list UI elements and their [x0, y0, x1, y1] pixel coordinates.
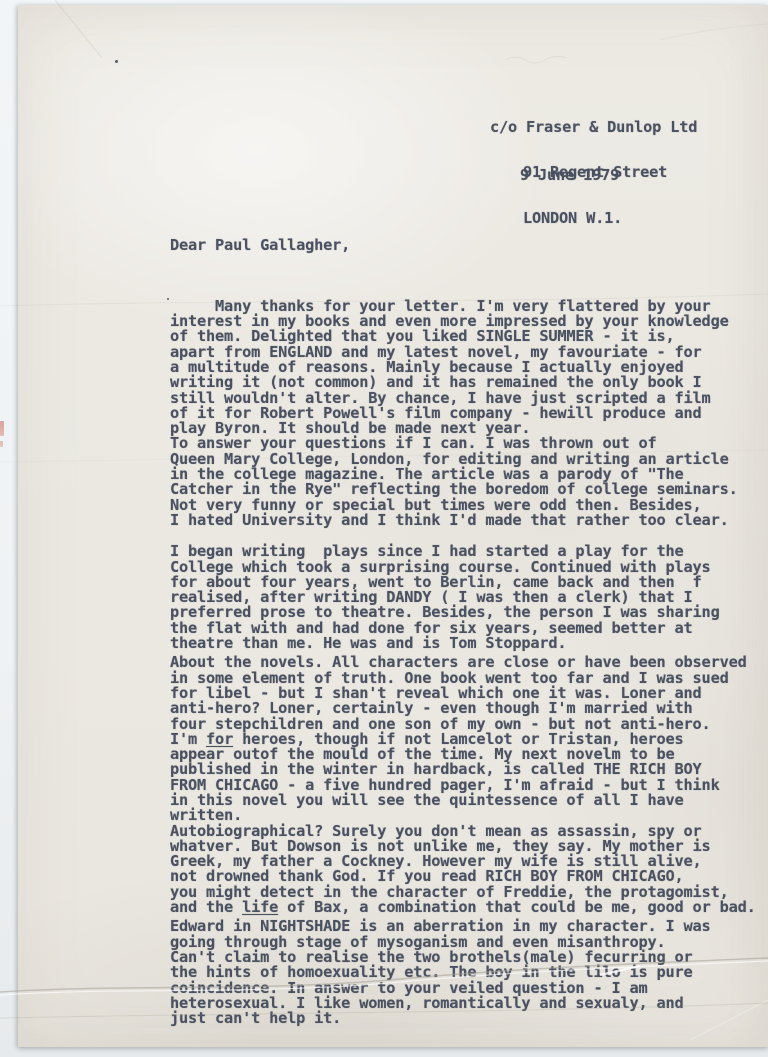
letter-body: Dear Paul Gallagher, Many thanks for you… [170, 207, 768, 1026]
scanned-letter-page: c/o Fraser & Dunlop Ltd 91 Regent Street… [0, 0, 768, 1057]
letter-paper: c/o Fraser & Dunlop Ltd 91 Regent Street… [18, 5, 768, 1047]
paragraph: Many thanks for your letter. I'm very fl… [170, 299, 768, 528]
paper-speck [115, 60, 118, 63]
letter-line: theatre than me. He was and is Tom Stopp… [170, 636, 768, 651]
paragraph: I began writing plays since I had starte… [170, 544, 768, 651]
paragraph: About the novels. All characters are clo… [170, 655, 768, 915]
letter-line: I hated University and I think I'd made … [170, 513, 768, 528]
underlined-word: life [242, 898, 278, 916]
paragraph: Edward in NIGHTSHADE is an aberration in… [170, 919, 768, 1026]
red-edge-mark [0, 421, 4, 436]
letter-line: in this novel you will see the quintesse… [170, 793, 768, 808]
red-edge-mark [0, 441, 3, 447]
address-line: c/o Fraser & Dunlop Ltd [490, 120, 697, 135]
letter-line: and the life of Bax, a combination that … [170, 900, 768, 915]
paper-speck [167, 298, 169, 300]
letter-line: just can't help it. [170, 1011, 768, 1026]
salutation: Dear Paul Gallagher, [170, 238, 768, 253]
letter-date: 9 June 1979 [520, 168, 619, 183]
